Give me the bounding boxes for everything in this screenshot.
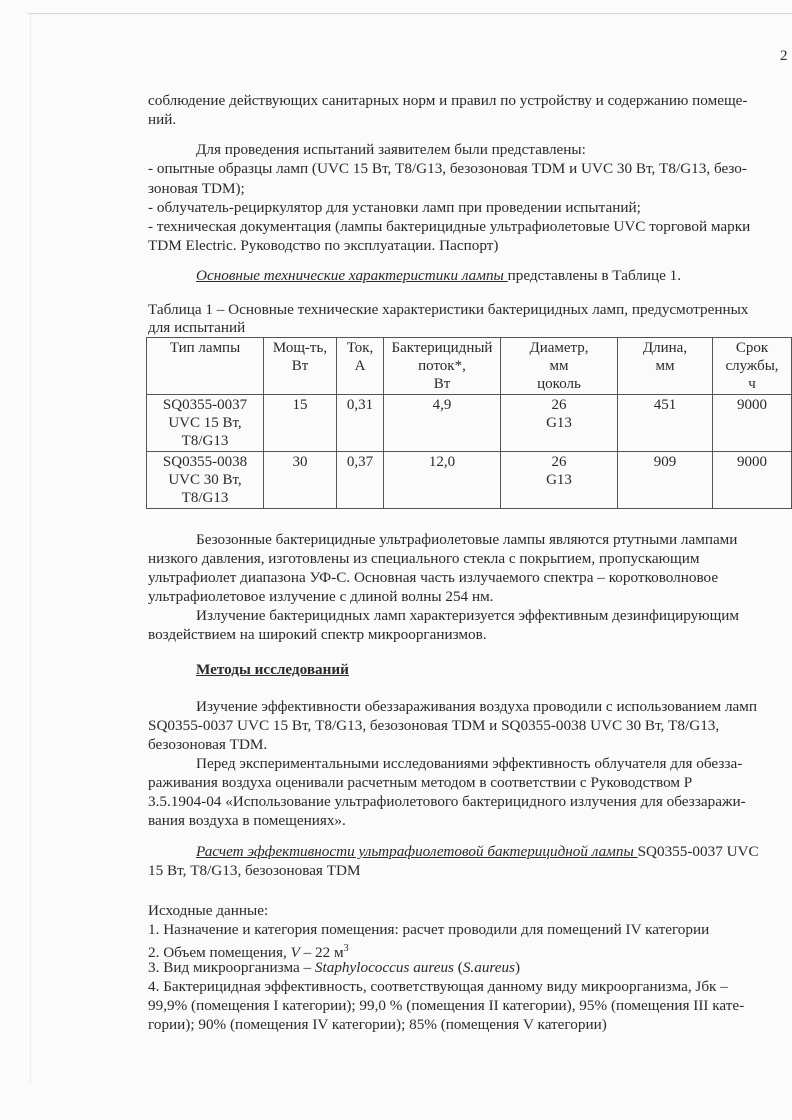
methods-line: SQ0355-0037 UVC 15 Вт, T8/G13, безозонов… xyxy=(148,716,792,735)
cell-power: 30 xyxy=(264,452,337,509)
calc-heading-line-1: Расчет эффективности ультрафиолетовой ба… xyxy=(196,842,792,861)
page-number: 2 xyxy=(780,48,788,65)
calc-heading-line-2: 15 Вт, T8/G13, безозоновая TDM xyxy=(148,861,792,880)
header-bactericidal-flux: Бактерицидный поток*, Вт xyxy=(384,338,501,395)
description-line: ультрафиолетовое излучение с длиной волн… xyxy=(148,587,792,606)
lamp-spec-table: Тип лампы Мощ-ть, Вт Ток, А Бактерицидны… xyxy=(146,337,792,509)
methods-line: Изучение эффективности обеззараживания в… xyxy=(196,697,792,716)
item-2-superscript: 3 xyxy=(344,943,349,954)
provided-item: - техническая документация (лампы бактер… xyxy=(148,217,792,236)
intro-line-2: ний. xyxy=(148,110,792,129)
cell-lamp-type: SQ0355-0037 UVC 15 Вт, T8/G13 xyxy=(147,395,264,452)
cell-lamp-type: SQ0355-0038 UVC 30 Вт, T8/G13 xyxy=(147,452,264,509)
item-3-prefix: 3. Вид микроорганизма – xyxy=(148,959,315,976)
description-line: ультрафиолет диапазона УФ-С. Основная ча… xyxy=(148,568,792,587)
table-header-row: Тип лампы Мощ-ть, Вт Ток, А Бактерицидны… xyxy=(147,338,792,395)
spec-reference: Основные технические характеристики ламп… xyxy=(196,266,792,285)
initial-data-item-1: 1. Назначение и категория помещения: рас… xyxy=(148,920,792,939)
cell-length: 909 xyxy=(618,452,713,509)
cell-diameter: 26 G13 xyxy=(501,395,618,452)
provided-item: зоновая TDM); xyxy=(148,179,792,198)
initial-data-item-4: 4. Бактерицидная эффективность, соответс… xyxy=(148,977,792,996)
description-line: Безозонные бактерицидные ультрафиолетовы… xyxy=(196,530,792,549)
header-lamp-type: Тип лампы xyxy=(147,338,264,395)
provided-item: - облучатель-рециркулятор для установки … xyxy=(148,198,792,217)
cell-power: 15 xyxy=(264,395,337,452)
cell-length: 451 xyxy=(618,395,713,452)
table-caption-line-2: для испытаний xyxy=(148,318,792,337)
item-3-paren-close: ) xyxy=(515,959,520,976)
provided-item: TDM Electric. Руководство по эксплуатаци… xyxy=(148,236,792,255)
spec-reference-title: Основные технические характеристики ламп… xyxy=(196,267,508,284)
provided-item: - опытные образцы ламп (UVC 15 Вт, T8/G1… xyxy=(148,159,792,178)
cell-service-life: 9000 xyxy=(713,395,792,452)
header-length: Длина, мм xyxy=(618,338,713,395)
provided-heading: Для проведения испытаний заявителем были… xyxy=(196,140,792,159)
calc-heading-lamp: SQ0355-0037 UVC xyxy=(638,843,759,860)
item-3-paren-open: ( xyxy=(454,959,463,976)
description-line: воздействием на широкий спектр микроорга… xyxy=(148,625,792,644)
cell-current: 0,37 xyxy=(337,452,384,509)
item-3-species: Staphylococcus aureus xyxy=(315,959,454,976)
header-service-life: Срок службы, ч xyxy=(713,338,792,395)
table-caption-line-1: Таблица 1 – Основные технические характе… xyxy=(148,300,792,319)
description-line: Излучение бактерицидных ламп характеризу… xyxy=(196,606,792,625)
initial-data-item-4: 99,9% (помещения I категории); 99,0 % (п… xyxy=(148,996,792,1015)
intro-line-1: соблюдение действующих санитарных норм и… xyxy=(148,91,792,110)
methods-heading: Методы исследований xyxy=(196,660,792,679)
cell-diameter: 26 G13 xyxy=(501,452,618,509)
scan-edge-left xyxy=(30,14,31,1084)
table-row: SQ0355-0038 UVC 30 Вт, T8/G13 30 0,37 12… xyxy=(147,452,792,509)
item-3-abbr: S.aureus xyxy=(463,959,515,976)
methods-line: безозоновая TDM. xyxy=(148,735,792,754)
spec-reference-rest: представлены в Таблице 1. xyxy=(508,267,681,284)
scan-edge-top xyxy=(28,13,792,14)
description-line: низкого давления, изготовлены из специал… xyxy=(148,549,792,568)
cell-current: 0,31 xyxy=(337,395,384,452)
calc-heading-title: Расчет эффективности ультрафиолетовой ба… xyxy=(196,843,638,860)
methods-line: 3.5.1904-04 «Использование ультрафиолето… xyxy=(148,792,792,811)
header-diameter: Диаметр, мм цоколь xyxy=(501,338,618,395)
header-current: Ток, А xyxy=(337,338,384,395)
initial-data-item-3: 3. Вид микроорганизма – Staphylococcus a… xyxy=(148,958,792,977)
initial-data-heading: Исходные данные: xyxy=(148,901,792,920)
cell-service-life: 9000 xyxy=(713,452,792,509)
methods-line: Перед экспериментальными исследованиями … xyxy=(196,754,792,773)
initial-data-item-4: гории); 90% (помещения IV категории); 85… xyxy=(148,1015,792,1034)
header-power: Мощ-ть, Вт xyxy=(264,338,337,395)
cell-bactericidal-flux: 12,0 xyxy=(384,452,501,509)
table-row: SQ0355-0037 UVC 15 Вт, T8/G13 15 0,31 4,… xyxy=(147,395,792,452)
cell-bactericidal-flux: 4,9 xyxy=(384,395,501,452)
methods-line: раживания воздуха оценивали расчетным ме… xyxy=(148,773,792,792)
methods-line: вания воздуха в помещениях». xyxy=(148,811,792,830)
